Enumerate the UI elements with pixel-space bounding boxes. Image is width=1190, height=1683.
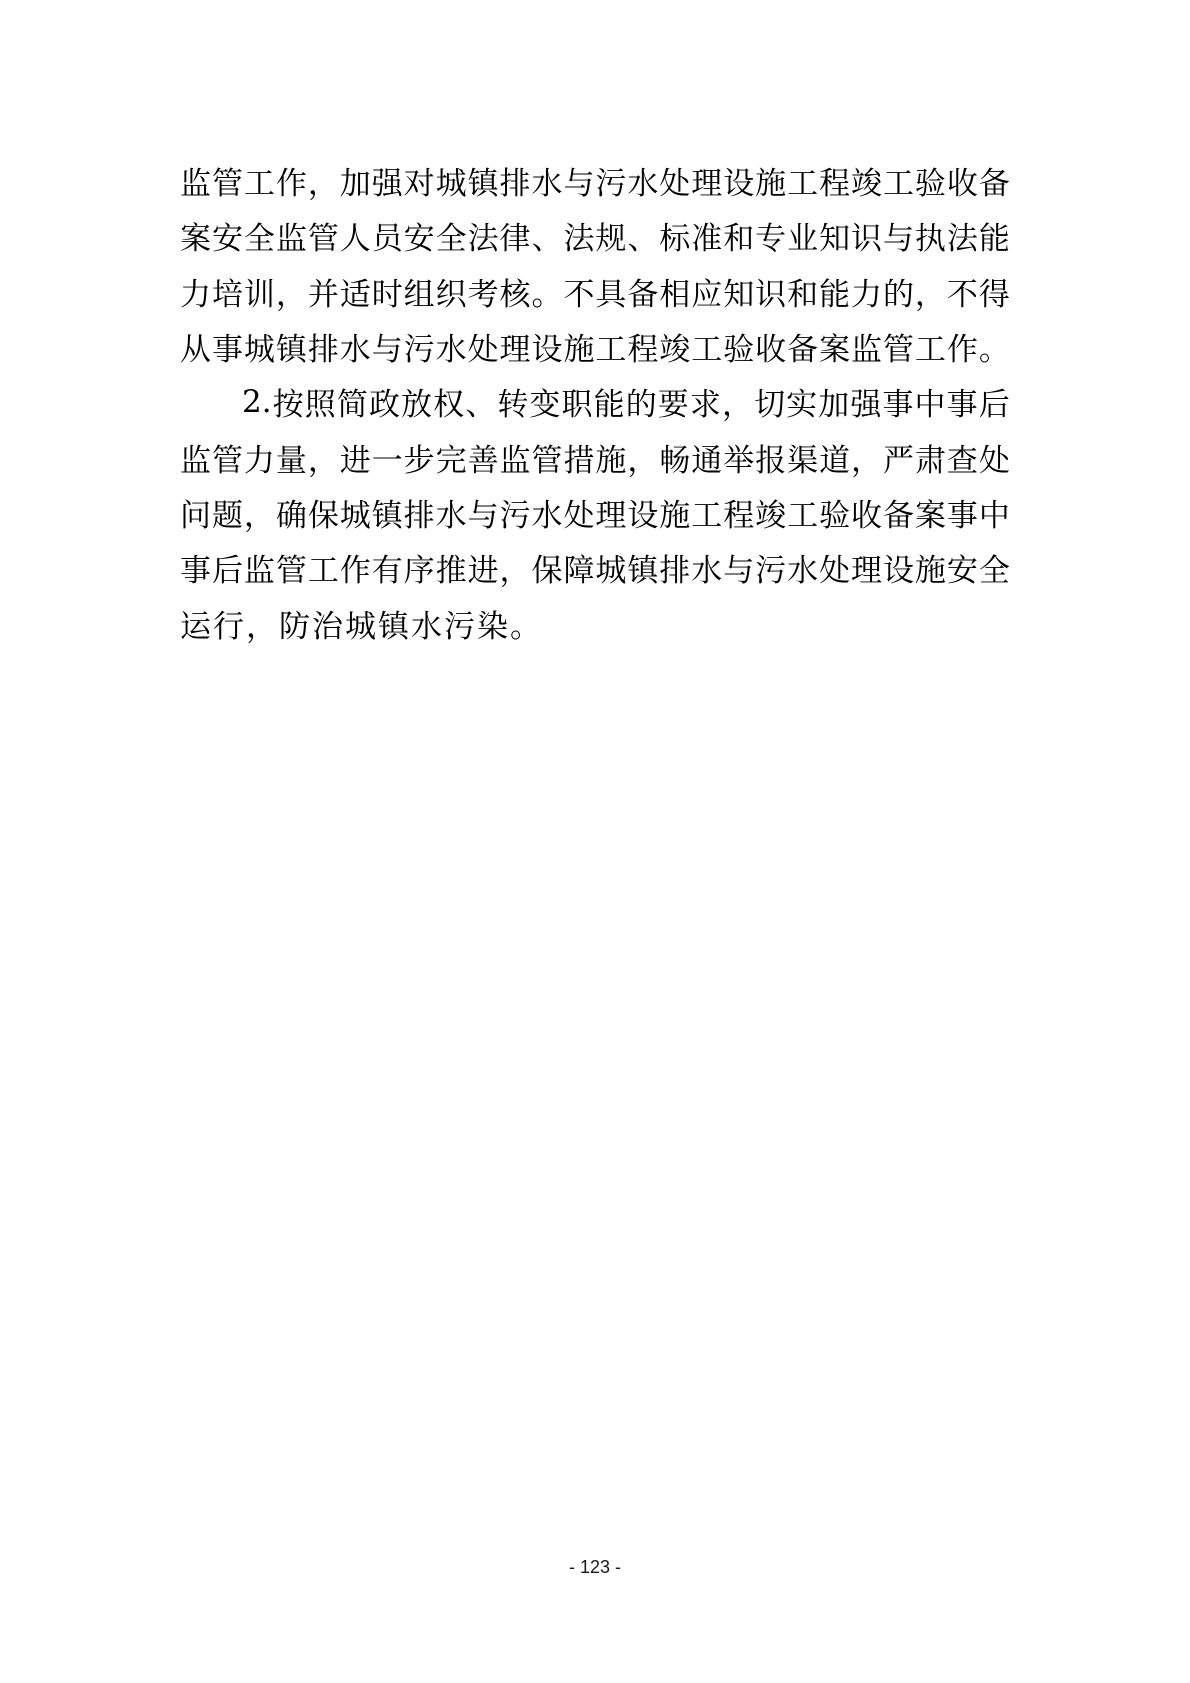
text-line: 从事城镇排水与污水处理设施工程竣工验收备案监管工作。 (180, 319, 1010, 374)
page-number: - 123 - (569, 1557, 621, 1577)
body-text: 监管工作，加强对城镇排水与污水处理设施工程竣工验收备 案安全监管人员安全法律、法… (180, 153, 1010, 651)
text-line: 监管力量，进一步完善监管措施，畅通举报渠道，严肃查处 (180, 429, 1010, 484)
text-line: 运行，防治城镇水污染。 (180, 595, 1010, 650)
text-line: 监管工作，加强对城镇排水与污水处理设施工程竣工验收备 (180, 153, 1010, 208)
text-line: 案安全监管人员安全法律、法规、标准和专业知识与执法能 (180, 208, 1010, 263)
text-line: 事后监管工作有序推进，保障城镇排水与污水处理设施安全 (180, 540, 1010, 595)
text-line: 问题，确保城镇排水与污水处理设施工程竣工验收备案事中 (180, 485, 1010, 540)
page-footer: - 123 - (0, 1557, 1190, 1578)
text-line: 力培训，并适时组织考核。不具备相应知识和能力的，不得 (180, 264, 1010, 319)
document-page: 监管工作，加强对城镇排水与污水处理设施工程竣工验收备 案安全监管人员安全法律、法… (0, 0, 1190, 1683)
text-line-paragraph-start: 2.按照简政放权、转变职能的要求，切实加强事中事后 (180, 374, 1010, 429)
